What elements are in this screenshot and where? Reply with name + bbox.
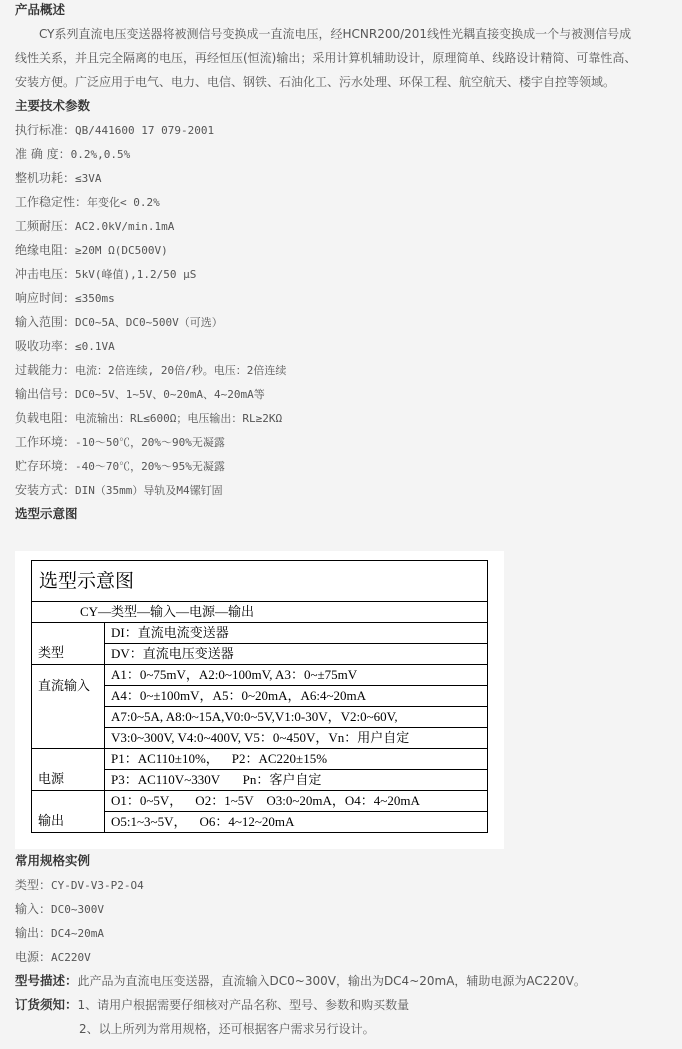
option-cell: O1：0~5V， O2：1~5V O3:0~20mA，O4：4~20mA <box>105 791 488 812</box>
option-cell: A1：0~75mV，A2:0~100mV, A3：0~±75mV <box>105 665 488 686</box>
example-section: 常用规格实例 类型：CY-DV-V3-P2-O4 输入：DC0~300V 输出：… <box>15 849 675 1041</box>
order-note-item: 2、以上所列为常用规格，还可根据客户需求另行设计。 <box>79 1022 375 1036</box>
spec-item: 工频耐压：AC2.0kV/min.1mA <box>15 214 675 238</box>
selection-table: 选型示意图 CY—类型—输入—电源—输出 类型 DI：直流电流变送器 DV：直流… <box>31 560 488 833</box>
spec-item: 吸收功率：≤0.1VA <box>15 334 675 358</box>
spec-item: 负载电阻：电流输出：RL≤600Ω；电压输出：RL≥2KΩ <box>15 406 675 430</box>
diagram-formula-row: CY—类型—输入—电源—输出 <box>32 602 488 623</box>
option-cell: DV：直流电压变送器 <box>105 644 488 665</box>
option-cell: A4：0~±100mV，A5：0~20mA，A6:4~20mA <box>105 686 488 707</box>
example-heading: 常用规格实例 <box>15 849 675 873</box>
option-cell: A7:0~5A, A8:0~15A,V0:0~5V,V1:0-30V，V2:0~… <box>105 707 488 728</box>
spec-item: 执行标准：QB/441600 17 079-2001 <box>15 118 675 142</box>
example-item: 类型：CY-DV-V3-P2-O4 <box>15 873 675 897</box>
category-output: 输出 <box>32 791 105 833</box>
table-row: 电源 P1：AC110±10%， P2：AC220±15% <box>32 749 488 770</box>
example-item: 输出：DC4~20mA <box>15 921 675 945</box>
selection-heading: 选型示意图 <box>15 502 675 526</box>
option-cell: DI：直流电流变送器 <box>105 623 488 644</box>
order-note-item-2: 2、以上所列为常用规格，还可根据客户需求另行设计。 <box>15 1017 675 1041</box>
order-notes: 订货须知：1、请用户根据需要仔细核对产品名称、型号、参数和购买数量 <box>15 993 675 1017</box>
spec-item: 过载能力：电流：2倍连续, 20倍/秒。电压：2倍连续 <box>15 358 675 382</box>
spec-item: 安装方式：DIN（35mm）导轨及M4镙钉固 <box>15 478 675 502</box>
table-row: 输出 O1：0~5V， O2：1~5V O3:0~20mA，O4：4~20mA <box>32 791 488 812</box>
order-note-item: 1、请用户根据需要仔细核对产品名称、型号、参数和购买数量 <box>78 998 410 1012</box>
model-desc-label: 型号描述： <box>15 973 78 988</box>
example-item: 电源：AC220V <box>15 945 675 969</box>
spec-item: 工作环境：-10～50℃，20%～90%无凝露 <box>15 430 675 454</box>
spec-item: 冲击电压：5kV(峰值),1.2/50 μS <box>15 262 675 286</box>
overview-heading: 产品概述 <box>15 0 675 22</box>
table-row: 类型 DI：直流电流变送器 <box>32 623 488 644</box>
overview-paragraph: CY系列直流电压变送器将被测信号变换成一直流电压，经HCNR200/201线性光… <box>15 22 640 94</box>
spec-item: 绝缘电阻：≥20M Ω(DC500V) <box>15 238 675 262</box>
model-description: 型号描述：此产品为直流电压变送器，直流输入DC0~300V，输出为DC4~20m… <box>15 969 675 993</box>
diagram-formula: CY—类型—输入—电源—输出 <box>32 602 488 623</box>
order-notes-label: 订货须知： <box>15 997 78 1012</box>
specs-heading: 主要技术参数 <box>15 94 675 118</box>
category-power: 电源 <box>32 749 105 791</box>
spec-item: 输出信号：DC0~5V、1~5V、0~20mA、4~20mA等 <box>15 382 675 406</box>
diagram-title: 选型示意图 <box>32 561 488 602</box>
spec-item: 输入范围：DC0~5A、DC0~500V（可选） <box>15 310 675 334</box>
spec-item: 整机功耗：≤3VA <box>15 166 675 190</box>
specs-list: 执行标准：QB/441600 17 079-2001 准 确 度：0.2%,0.… <box>15 118 675 502</box>
category-type: 类型 <box>32 623 105 665</box>
product-page: 产品概述 CY系列直流电压变送器将被测信号变换成一直流电压，经HCNR200/2… <box>15 0 675 526</box>
table-row: 直流输入 A1：0~75mV，A2:0~100mV, A3：0~±75mV <box>32 665 488 686</box>
spec-item: 工作稳定性：年变化< 0.2% <box>15 190 675 214</box>
diagram-title-row: 选型示意图 <box>32 561 488 602</box>
option-cell: O5:1~3~5V， O6：4~12~20mA <box>105 812 488 833</box>
spec-item: 准 确 度：0.2%,0.5% <box>15 142 675 166</box>
model-desc-text: 此产品为直流电压变送器，直流输入DC0~300V，输出为DC4~20mA，辅助电… <box>78 974 586 988</box>
category-input: 直流输入 <box>32 665 105 749</box>
spec-item: 响应时间：≤350ms <box>15 286 675 310</box>
spec-item: 贮存环境：-40～70℃，20%～95%无凝露 <box>15 454 675 478</box>
example-item: 输入：DC0~300V <box>15 897 675 921</box>
option-cell: P1：AC110±10%， P2：AC220±15% <box>105 749 488 770</box>
selection-diagram: 选型示意图 CY—类型—输入—电源—输出 类型 DI：直流电流变送器 DV：直流… <box>15 551 504 849</box>
option-cell: V3:0~300V, V4:0~400V, V5：0~450V，Vn：用户自定 <box>105 728 488 749</box>
option-cell: P3：AC110V~330V Pn：客户自定 <box>105 770 488 791</box>
